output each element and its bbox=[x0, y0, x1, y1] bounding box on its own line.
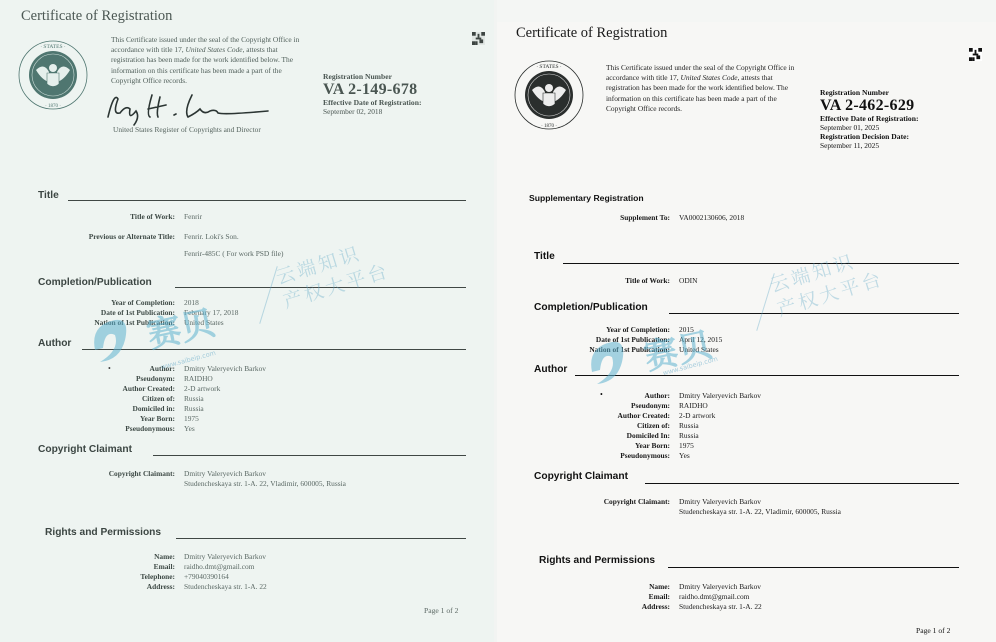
field-row: Year of Completion:2015 bbox=[497, 325, 694, 335]
field-row: Citizen of:Russia bbox=[497, 421, 699, 431]
section-claimant-heading: Copyright Claimant bbox=[38, 444, 132, 455]
page-number: Page 1 of 2 bbox=[424, 606, 458, 615]
field-row: Author Created:2-D artwork bbox=[497, 411, 715, 421]
certificate-right: Certificate of Registration · STATES · ·… bbox=[497, 22, 996, 642]
section-rule bbox=[175, 287, 466, 288]
field-row: Pseudonymous:Yes bbox=[497, 451, 690, 461]
svg-text:· 1870 ·: · 1870 · bbox=[45, 104, 61, 109]
field-row: Author:Dmitry Valeryevich Barkov bbox=[0, 364, 266, 374]
section-rule bbox=[668, 567, 959, 568]
field-row: Citizen of:Russia bbox=[0, 394, 204, 404]
watermark-divider bbox=[756, 273, 774, 331]
field-row: Previous or Alternate Title:Fenrir. Loki… bbox=[0, 232, 239, 242]
field-row: Telephone:+79040390164 bbox=[0, 572, 229, 582]
field-row: Year of Completion:2018 bbox=[0, 298, 199, 308]
decision-date: September 11, 2025 bbox=[820, 141, 918, 150]
section-author-heading: Author bbox=[38, 338, 71, 349]
registration-block: Registration Number VA 2-462-629 Effecti… bbox=[820, 88, 918, 150]
field-row: Domiciled In:Russia bbox=[497, 431, 699, 441]
effective-date: September 02, 2018 bbox=[323, 107, 421, 116]
field-row: Pseudonym:RAIDHO bbox=[0, 374, 213, 384]
us-copyright-office-seal-icon: · STATES · · 1870 · bbox=[514, 60, 584, 130]
supplement-to-row: Supplement To:VA0002130606, 2018 bbox=[497, 213, 744, 223]
field-row: Address:Studencheskaya str. 1-A. 22 bbox=[497, 602, 762, 612]
registration-number-label: Registration Number bbox=[323, 72, 421, 81]
section-title-heading: Title bbox=[534, 251, 555, 262]
field-row: Author:Dmitry Valeryevich Barkov bbox=[497, 391, 761, 401]
field-row: Title of Work:ODIN bbox=[497, 276, 697, 286]
watermark-text: 云端知识 产权大平台 bbox=[767, 243, 887, 323]
page-number: Page 1 of 2 bbox=[916, 626, 950, 635]
effective-date: September 01, 2025 bbox=[820, 123, 918, 132]
certificate-heading: Certificate of Registration bbox=[21, 8, 172, 25]
field-row: Address:Studencheskaya str. 1-A. 22 bbox=[0, 582, 267, 592]
svg-text:· STATES ·: · STATES · bbox=[40, 44, 66, 50]
field-row: Name:Dmitry Valeryevich Barkov bbox=[497, 582, 761, 592]
us-copyright-office-seal-icon: · STATES · · 1870 · bbox=[18, 40, 88, 110]
field-row: Year Born:1975 bbox=[0, 414, 199, 424]
section-rule bbox=[68, 200, 466, 201]
field-row: Date of 1st Publication:February 17, 201… bbox=[0, 308, 238, 318]
field-row: Studencheskaya str. 1-A. 22, Vladimir, 6… bbox=[0, 479, 346, 489]
section-rule bbox=[575, 375, 959, 376]
section-rule bbox=[645, 483, 959, 484]
section-claimant-heading: Copyright Claimant bbox=[534, 471, 628, 482]
field-row: Email:raidho.dmt@gmail.com bbox=[0, 562, 254, 572]
field-row: Copyright Claimant:Dmitry Valeryevich Ba… bbox=[497, 497, 761, 507]
field-row: Domiciled in:Russia bbox=[0, 404, 204, 414]
field-row: Name:Dmitry Valeryevich Barkov bbox=[0, 552, 266, 562]
section-completion-heading: Completion/Publication bbox=[534, 302, 648, 313]
qr-code-icon bbox=[472, 32, 485, 45]
registration-block: Registration Number VA 2-149-678 Effecti… bbox=[323, 72, 421, 116]
section-author-heading: Author bbox=[534, 364, 567, 375]
field-row: Date of 1st Publication:April 12, 2015 bbox=[497, 335, 722, 345]
certificate-intro: This Certificate issued under the seal o… bbox=[111, 35, 311, 86]
qr-code-icon bbox=[969, 48, 982, 61]
registration-number: VA 2-149-678 bbox=[323, 81, 421, 98]
certificate-intro: This Certificate issued under the seal o… bbox=[606, 63, 806, 114]
svg-text:· 1870 ·: · 1870 · bbox=[541, 124, 557, 129]
section-rights-heading: Rights and Permissions bbox=[539, 555, 655, 566]
effective-date-label: Effective Date of Registration: bbox=[820, 114, 918, 123]
watermark-text: 云端知识 产权大平台 bbox=[273, 235, 393, 315]
field-row: Author Created:2-D artwork bbox=[0, 384, 220, 394]
watermark-url: www.saibeip.com bbox=[662, 355, 719, 377]
field-row: Studencheskaya str. 1-A. 22, Vladimir, 6… bbox=[497, 507, 841, 517]
section-rule bbox=[82, 349, 466, 350]
supplementary-heading: Supplementary Registration bbox=[529, 193, 644, 203]
field-row: Pseudonymous:Yes bbox=[0, 424, 195, 434]
field-row: Title of Work:Fenrir bbox=[0, 212, 202, 222]
section-rule bbox=[669, 313, 959, 314]
section-title-heading: Title bbox=[38, 190, 59, 201]
decision-date-label: Registration Decision Date: bbox=[820, 132, 918, 141]
signature-caption: United States Register of Copyrights and… bbox=[113, 125, 261, 134]
registration-number-label: Registration Number bbox=[820, 88, 918, 97]
field-row: Nation of 1st Publication:United States bbox=[497, 345, 719, 355]
registration-number: VA 2-462-629 bbox=[820, 97, 918, 114]
certificate-heading: Certificate of Registration bbox=[516, 25, 667, 42]
section-rule bbox=[153, 455, 466, 456]
effective-date-label: Effective Date of Registration: bbox=[323, 98, 421, 107]
field-row: Fenrir-485C ( For work PSD file) bbox=[0, 249, 283, 259]
section-rule bbox=[176, 538, 466, 539]
field-row: Copyright Claimant:Dmitry Valeryevich Ba… bbox=[0, 469, 266, 479]
field-row: Year Born:1975 bbox=[497, 441, 694, 451]
field-row: Nation of 1st Publication:United States bbox=[0, 318, 224, 328]
svg-text:· STATES ·: · STATES · bbox=[536, 64, 562, 70]
watermark-divider bbox=[259, 266, 277, 324]
signature bbox=[100, 87, 270, 127]
certificate-left: Certificate of Registration · STATES · ·… bbox=[0, 0, 494, 642]
section-rule bbox=[563, 263, 959, 264]
field-row: Email:raidho.dmt@gmail.com bbox=[497, 592, 749, 602]
section-rights-heading: Rights and Permissions bbox=[45, 527, 161, 538]
section-completion-heading: Completion/Publication bbox=[38, 277, 152, 288]
field-row: Pseudonym:RAIDHO bbox=[497, 401, 708, 411]
